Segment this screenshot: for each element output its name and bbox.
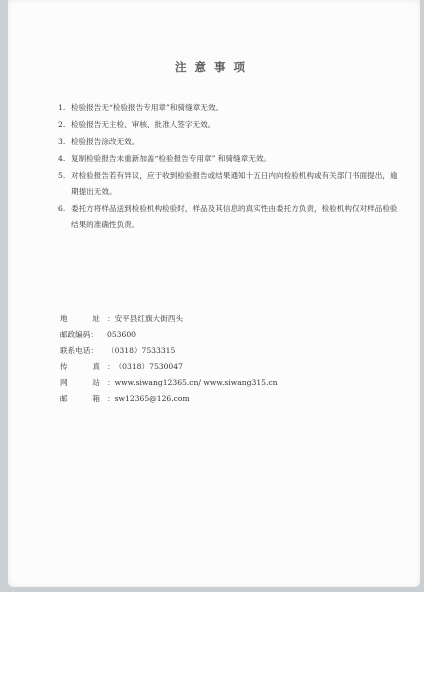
notice-item: 4.复制检验报告未重新加盖“检验报告专用章” 和骑缝章无效。: [58, 151, 398, 167]
notice-item: 3.检验报告涂改无效。: [58, 134, 398, 150]
phone-row: 联系电话：（0318）7533315: [60, 343, 278, 359]
page-title: 注意事项: [8, 59, 420, 75]
colon: ：: [107, 311, 115, 327]
fax-row: 传真：（0318）7530047: [60, 359, 278, 375]
colon: ：: [107, 391, 115, 407]
website-row: 网站：www.siwang12365.cn/ www.siwang315.cn: [60, 375, 278, 391]
postcode-row: 邮政编码：053600: [60, 327, 278, 343]
notice-list: 1.检验报告无“检验报告专用章”和骑缝章无效。 2.检验报告无主检、审核、批准人…: [58, 100, 398, 233]
document-page: 注意事项 1.检验报告无“检验报告专用章”和骑缝章无效。 2.检验报告无主检、审…: [8, 0, 420, 587]
notice-item: 5.对检验报告若有异议，应于收到检验报告或结果通知十五日内向检验机构或有关部门书…: [58, 168, 398, 200]
email-row: 邮箱：sw12365@126.com: [60, 391, 278, 407]
notice-item: 2.检验报告无主检、审核、批准人签字无效。: [58, 117, 398, 133]
website-link[interactable]: www.siwang12365.cn/ www.siwang315.cn: [115, 375, 278, 391]
colon: ：: [107, 359, 115, 375]
notice-item: 1.检验报告无“检验报告专用章”和骑缝章无效。: [58, 100, 398, 116]
address-row: 地址：安平县红旗大街西头: [60, 311, 278, 327]
email-link[interactable]: sw12365@126.com: [115, 391, 190, 407]
colon: ：: [107, 375, 115, 391]
notice-item: 6.委托方将样品送到检验机构检验时，样品及其信息的真实性由委托方负责，检验机构仅…: [58, 201, 398, 233]
contact-info: 地址：安平县红旗大街西头 邮政编码：053600 联系电话：（0318）7533…: [60, 311, 278, 407]
